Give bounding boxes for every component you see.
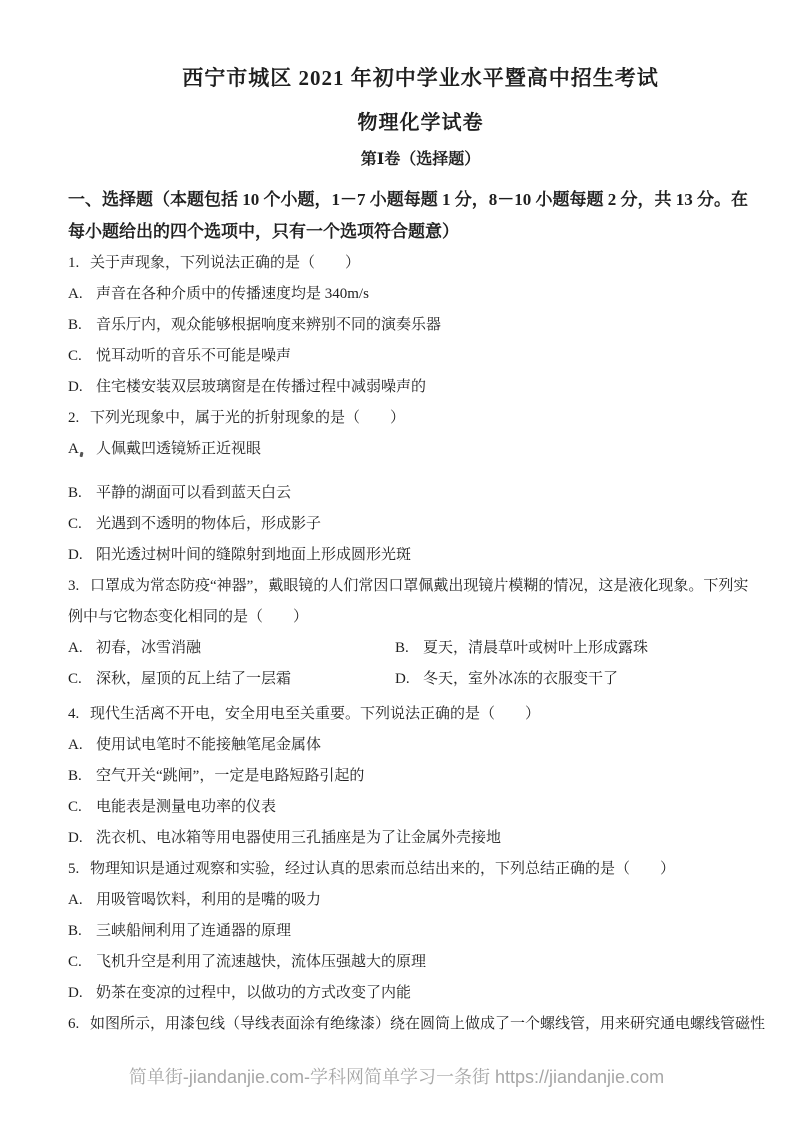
option-text: 初春，冰雪消融 — [96, 640, 201, 656]
option-text: 夏天，清晨草叶或树叶上形成露珠 — [423, 640, 648, 656]
question-2-option-b: B.平静的湖面可以看到蓝天白云 — [68, 478, 773, 509]
option-text: 阳光透过树叶间的缝隙射到地面上形成圆形光斑 — [96, 547, 411, 563]
page-content: 西宁市城区 2021 年初中学业水平暨高中招生考试 物理化学试卷 第Ⅰ卷（选择题… — [0, 0, 793, 1040]
question-2-option-c: C.光遇到不透明的物体后，形成影子 — [68, 509, 773, 540]
question-3: 3.口罩成为常态防疫“神器”，戴眼镜的人们常因口罩佩戴出现镜片模糊的情况，这是液… — [68, 571, 773, 695]
option-text: 飞机升空是利用了流速越快，流体压强越大的原理 — [96, 954, 426, 970]
option-label: C. — [68, 664, 96, 695]
instructions-line-1: 一、选择题（本题包括 10 个小题，1－7 小题每题 1 分，8－10 小题每题… — [68, 184, 773, 216]
question-3-stem-text-1: 口罩成为常态防疫“神器”，戴眼镜的人们常因口罩佩戴出现镜片模糊的情况，这是液化现… — [90, 578, 748, 594]
option-text: 使用试电笔时不能接触笔尾金属体 — [96, 737, 321, 753]
exam-paper-page: 西宁市城区 2021 年初中学业水平暨高中招生考试 物理化学试卷 第Ⅰ卷（选择题… — [0, 0, 793, 1122]
section-instructions: 一、选择题（本题包括 10 个小题，1－7 小题每题 1 分，8－10 小题每题… — [68, 184, 773, 248]
question-3-option-c: C.深秋，屋顶的瓦上结了一层霜 — [68, 664, 395, 695]
option-text: 冬天，室外冰冻的衣服变干了 — [423, 671, 618, 687]
question-3-options-row-2: C.深秋，屋顶的瓦上结了一层霜 D.冬天，室外冰冻的衣服变干了 — [68, 664, 773, 695]
question-3-stem-line-1: 3.口罩成为常态防疫“神器”，戴眼镜的人们常因口罩佩戴出现镜片模糊的情况，这是液… — [68, 571, 773, 602]
option-label: B. — [68, 310, 96, 341]
option-label: C. — [68, 947, 96, 978]
question-2: 2.下列光现象中，属于光的折射现象的是（ ） A人佩戴凹透镜矫正近视眼 B.平静… — [68, 403, 773, 571]
question-3-option-b: B.夏天，清晨草叶或树叶上形成露珠 — [395, 633, 773, 664]
question-3-option-d: D.冬天，室外冰冻的衣服变干了 — [395, 664, 773, 695]
option-label: C. — [68, 792, 96, 823]
section-i-header: 第Ⅰ卷（选择题） — [68, 148, 773, 172]
question-2-number: 2. — [68, 403, 90, 434]
question-1: 1.关于声现象，下列说法正确的是（ ） A.声音在各种介质中的传播速度均是 34… — [68, 248, 773, 403]
document-subtitle: 物理化学试卷 — [68, 108, 773, 138]
option-label: C. — [68, 509, 96, 540]
option-text: 光遇到不透明的物体后，形成影子 — [96, 516, 321, 532]
question-4-option-b: B.空气开关“跳闸”，一定是电路短路引起的 — [68, 761, 773, 792]
question-4-number: 4. — [68, 699, 90, 730]
question-5-number: 5. — [68, 854, 90, 885]
question-4-stem-text: 现代生活离不开电，安全用电至关重要。下列说法正确的是（ ） — [90, 706, 540, 722]
option-label: B. — [68, 478, 96, 509]
option-label: A. — [68, 885, 96, 916]
document-title: 西宁市城区 2021 年初中学业水平暨高中招生考试 — [68, 0, 773, 96]
question-5-option-b: B.三峡船闸利用了连通器的原理 — [68, 916, 773, 947]
option-label: A. — [68, 730, 96, 761]
question-5-stem: 5.物理知识是通过观察和实验，经过认真的思索而总结出来的，下列总结正确的是（ ） — [68, 854, 773, 885]
option-label: B. — [395, 633, 423, 664]
option-text: 奶茶在变凉的过程中，以做功的方式改变了内能 — [96, 985, 411, 1001]
question-5-option-a: A.用吸管喝饮料，利用的是嘴的吸力 — [68, 885, 773, 916]
question-3-option-a: A.初春，冰雪消融 — [68, 633, 395, 664]
question-3-number: 3. — [68, 571, 90, 602]
question-6: 6.如图所示，用漆包线（导线表面涂有绝缘漆）绕在圆筒上做成了一个螺线管，用来研究… — [68, 1009, 773, 1040]
option-text: 三峡船闸利用了连通器的原理 — [96, 923, 291, 939]
option-text: 深秋，屋顶的瓦上结了一层霜 — [96, 671, 291, 687]
question-4-option-c: C.电能表是测量电功率的仪表 — [68, 792, 773, 823]
watermark-footer: 简单街-jiandanjie.com-学科网简单学习一条街 https://ji… — [0, 1066, 793, 1088]
question-6-stem: 6.如图所示，用漆包线（导线表面涂有绝缘漆）绕在圆筒上做成了一个螺线管，用来研究… — [68, 1009, 773, 1040]
option-text: 电能表是测量电功率的仪表 — [96, 799, 276, 815]
option-label: A — [68, 434, 96, 465]
question-1-option-a: A.声音在各种介质中的传播速度均是 340m/s — [68, 279, 773, 310]
question-1-number: 1. — [68, 248, 90, 279]
question-4: 4.现代生活离不开电，安全用电至关重要。下列说法正确的是（ ） A.使用试电笔时… — [68, 699, 773, 854]
question-2-stem: 2.下列光现象中，属于光的折射现象的是（ ） — [68, 403, 773, 434]
question-4-option-d: D.洗衣机、电冰箱等用电器使用三孔插座是为了让金属外壳接地 — [68, 823, 773, 854]
option-label: B. — [68, 916, 96, 947]
question-5-option-c: C.飞机升空是利用了流速越快，流体压强越大的原理 — [68, 947, 773, 978]
question-2-option-a: A人佩戴凹透镜矫正近视眼 — [68, 434, 773, 465]
question-5-option-d: D.奶茶在变凉的过程中，以做功的方式改变了内能 — [68, 978, 773, 1009]
option-label: A. — [68, 279, 96, 310]
option-label: D. — [395, 664, 423, 695]
option-text: 音乐厅内，观众能够根据响度来辨别不同的演奏乐器 — [96, 317, 441, 333]
option-text: 用吸管喝饮料，利用的是嘴的吸力 — [96, 892, 321, 908]
question-4-option-a: A.使用试电笔时不能接触笔尾金属体 — [68, 730, 773, 761]
question-1-stem-text: 关于声现象，下列说法正确的是（ ） — [90, 255, 360, 271]
question-5: 5.物理知识是通过观察和实验，经过认真的思索而总结出来的，下列总结正确的是（ ）… — [68, 854, 773, 1009]
question-2-option-d: D.阳光透过树叶间的缝隙射到地面上形成圆形光斑 — [68, 540, 773, 571]
option-text: 声音在各种介质中的传播速度均是 340m/s — [96, 286, 369, 302]
option-label: C. — [68, 341, 96, 372]
question-4-stem: 4.现代生活离不开电，安全用电至关重要。下列说法正确的是（ ） — [68, 699, 773, 730]
option-text: 人佩戴凹透镜矫正近视眼 — [96, 441, 261, 457]
option-label: D. — [68, 823, 96, 854]
option-label: A. — [68, 633, 96, 664]
option-label: D. — [68, 978, 96, 1009]
option-label: B. — [68, 761, 96, 792]
instructions-line-2: 每小题给出的四个选项中，只有一个选项符合题意） — [68, 216, 773, 248]
option-label: D. — [68, 540, 96, 571]
question-1-option-c: C.悦耳动听的音乐不可能是噪声 — [68, 341, 773, 372]
option-text: 平静的湖面可以看到蓝天白云 — [96, 485, 291, 501]
option-text: 住宅楼安装双层玻璃窗是在传播过程中减弱噪声的 — [96, 379, 426, 395]
question-1-stem: 1.关于声现象，下列说法正确的是（ ） — [68, 248, 773, 279]
question-3-stem-line-2: 例中与它物态变化相同的是（ ） — [68, 602, 773, 633]
question-6-number: 6. — [68, 1009, 90, 1040]
option-text: 空气开关“跳闸”，一定是电路短路引起的 — [96, 768, 364, 784]
question-5-stem-text: 物理知识是通过观察和实验，经过认真的思索而总结出来的，下列总结正确的是（ ） — [90, 861, 675, 877]
option-text: 悦耳动听的音乐不可能是噪声 — [96, 348, 291, 364]
option-label: D. — [68, 372, 96, 403]
question-2-stem-text: 下列光现象中，属于光的折射现象的是（ ） — [90, 410, 405, 426]
question-6-stem-text: 如图所示，用漆包线（导线表面涂有绝缘漆）绕在圆筒上做成了一个螺线管，用来研究通电… — [90, 1016, 765, 1032]
question-1-option-d: D.住宅楼安装双层玻璃窗是在传播过程中减弱噪声的 — [68, 372, 773, 403]
option-text: 洗衣机、电冰箱等用电器使用三孔插座是为了让金属外壳接地 — [96, 830, 501, 846]
question-3-options-row-1: A.初春，冰雪消融 B.夏天，清晨草叶或树叶上形成露珠 — [68, 633, 773, 664]
question-1-option-b: B.音乐厅内，观众能够根据响度来辨别不同的演奏乐器 — [68, 310, 773, 341]
